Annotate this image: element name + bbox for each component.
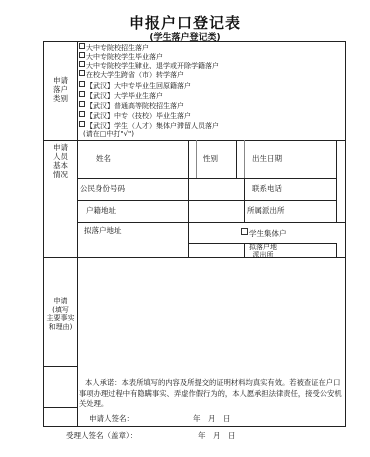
pledge-text: 本人承诺：本表所填写的内容及所提交的证明材料均真实有效。若被查证在户口事项办理过…	[79, 378, 343, 410]
applicant-signature-label: 申请人签名：	[89, 414, 134, 424]
category-option-label: 【武汉】普通高等院校招生落户	[86, 102, 184, 110]
category-option[interactable]: 【武汉】大学毕业生落户	[79, 91, 163, 101]
intended-address-field[interactable]	[189, 244, 244, 257]
category-label-line: 落户	[44, 85, 77, 94]
checkbox-icon[interactable]	[79, 81, 85, 87]
checkbox-icon[interactable]	[241, 228, 248, 235]
applicant-date: 年 月 日	[193, 414, 231, 424]
gender-label: 性别	[203, 154, 218, 164]
name-field[interactable]	[189, 141, 196, 178]
intended-station-label-line: 派出所	[246, 251, 280, 259]
reason-label-line: (填写	[43, 306, 78, 315]
person-label-line: 情况	[44, 170, 77, 179]
receiver-signature-label: 受理人签名（盖章）：	[66, 431, 137, 441]
birth-date-field[interactable]	[337, 141, 345, 178]
person-label-line: 基本	[44, 161, 77, 170]
checkbox-icon[interactable]	[79, 111, 85, 117]
category-option[interactable]: 【武汉】大中专毕业生回原籍落户	[79, 81, 191, 91]
id-number-field[interactable]	[189, 179, 244, 200]
phone-field[interactable]	[337, 179, 345, 200]
category-option[interactable]: 【武汉】中专（技校）毕业生落户	[79, 111, 191, 121]
reason-label-line: 主要事实	[43, 314, 78, 323]
category-label-line: 申请	[44, 76, 77, 85]
household-address-field[interactable]	[189, 201, 244, 222]
category-instruction: (请在□中打"√")	[83, 130, 134, 139]
intended-station-label-line: 拟落户地	[246, 243, 280, 251]
category-option-label: 【武汉】学生（人才）集体户滞留人员落户	[86, 122, 219, 130]
reason-label: 申请 (填写 主要事实 和理由)	[43, 297, 78, 331]
police-station-field[interactable]	[337, 201, 345, 222]
reason-label-line: 和理由)	[43, 323, 78, 332]
reason-textarea[interactable]	[79, 259, 344, 369]
checkbox-icon[interactable]	[79, 52, 85, 58]
checkbox-icon[interactable]	[79, 91, 85, 97]
household-address-label: 户籍地址	[86, 206, 116, 216]
category-label-line: 类别	[44, 94, 77, 103]
person-label-line: 人员	[44, 152, 77, 161]
police-station-label: 所属派出所	[247, 206, 285, 216]
checkbox-icon[interactable]	[79, 61, 85, 67]
checkbox-icon[interactable]	[79, 121, 85, 127]
category-option-label: 大中专院校学生毕业落户	[86, 53, 163, 61]
student-collective-option[interactable]: 学生集体户	[241, 228, 287, 239]
category-option-label: 【武汉】大学毕业生落户	[86, 92, 163, 100]
name-label: 姓名	[96, 154, 111, 164]
category-option[interactable]: 在校大学生跨省（市）转学落户	[79, 70, 184, 80]
checkbox-icon[interactable]	[79, 43, 85, 49]
category-option-label: 大中专院校招生落户	[86, 44, 149, 52]
category-option-label: 【武汉】大中专毕业生回原籍落户	[86, 82, 191, 90]
gender-field[interactable]	[237, 141, 244, 178]
student-collective-label: 学生集体户	[249, 229, 287, 238]
phone-label: 联系电话	[252, 184, 282, 194]
checkbox-icon[interactable]	[79, 70, 85, 76]
category-option-label: 【武汉】中专（技校）毕业生落户	[86, 112, 191, 120]
category-label: 申请 落户 类别	[44, 76, 77, 103]
category-option[interactable]: 【武汉】普通高等院校招生落户	[79, 101, 184, 111]
id-number-label: 公民身份号码	[80, 184, 125, 194]
person-label: 申请 人员 基本 情况	[44, 143, 77, 179]
category-option-label: 大中专院校学生肄业、退学或开除学籍落户	[86, 62, 219, 70]
category-option-label: 在校大学生跨省（市）转学落户	[86, 71, 184, 79]
person-label-line: 申请	[44, 143, 77, 152]
intended-address-label: 拟落户地址	[84, 226, 122, 236]
receiver-date: 年 月 日	[198, 431, 236, 441]
birth-date-label: 出生日期	[252, 154, 282, 164]
reason-label-line: 申请	[43, 297, 78, 306]
checkbox-icon[interactable]	[79, 101, 85, 107]
intended-station-label: 拟落户地 派出所	[246, 243, 280, 259]
